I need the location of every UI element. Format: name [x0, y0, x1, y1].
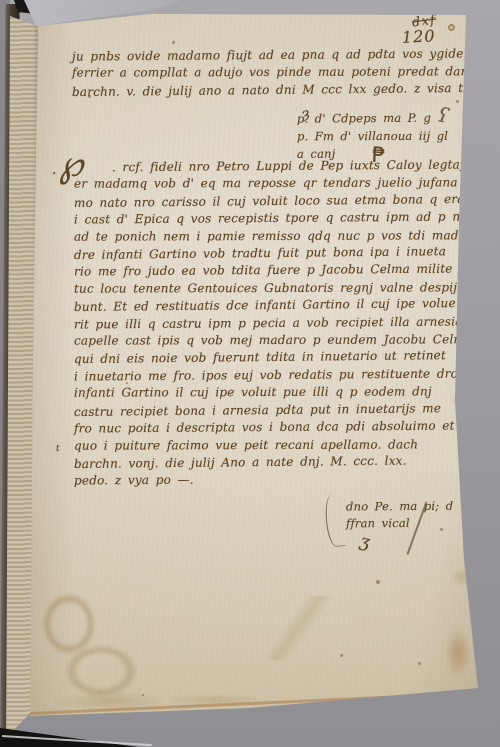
ink-speckle	[172, 41, 175, 44]
foxing-stain	[448, 564, 476, 590]
deckle-edge-tint	[30, 693, 450, 715]
manuscript-photo: dxf 120 ju pnbs ovide madamo fiujt ad ea…	[0, 0, 500, 747]
text-line: barchn. v. die julij ano a nato dni M cc…	[72, 80, 464, 102]
folio-number: 120	[402, 26, 436, 47]
manuscript-page: dxf 120 ju pnbs ovide madamo fiujt ad ea…	[0, 0, 500, 747]
water-stain	[38, 588, 100, 660]
crease-streak	[250, 596, 346, 660]
text-line: i cast d' Epica q vos recepistis tpore q…	[74, 209, 466, 229]
bracket-flourish-icon	[323, 493, 345, 547]
flourish-icon: ʒ	[358, 531, 372, 553]
text-line: p. d' Cdpeps ma P. g	[297, 109, 472, 128]
text-line: pedo. z vya po —.	[74, 470, 466, 490]
foxing-stain	[440, 618, 476, 688]
wormhole	[448, 24, 455, 31]
margin-tick: t	[56, 444, 60, 454]
ink-speckle	[456, 100, 459, 103]
text-line: rit pue illi q castru ipm p pecia a vob …	[74, 313, 466, 333]
ink-speckle	[418, 662, 421, 665]
water-stain	[58, 640, 144, 702]
text-line: rio me fro judo ea vob tdita fuere p Jac…	[74, 261, 466, 281]
punctus-mark: ·	[52, 166, 56, 182]
ink-speckle	[340, 654, 343, 657]
ink-speckle	[376, 580, 380, 584]
text-line: infanti Gartino il cuj ipe voluit pue il…	[74, 384, 466, 403]
ink-speckle	[142, 694, 144, 696]
top-paragraph: ju pnbs ovide madamo fiujt ad ea pna q a…	[72, 47, 464, 99]
body-paragraph: . rcf. fideli nro Petro Luppi de Pep iux…	[74, 158, 466, 489]
text-line: fro nuc poita i descripta vos i bona dca…	[74, 418, 466, 438]
text-line: dno Pe. ma pi; d	[346, 497, 486, 515]
